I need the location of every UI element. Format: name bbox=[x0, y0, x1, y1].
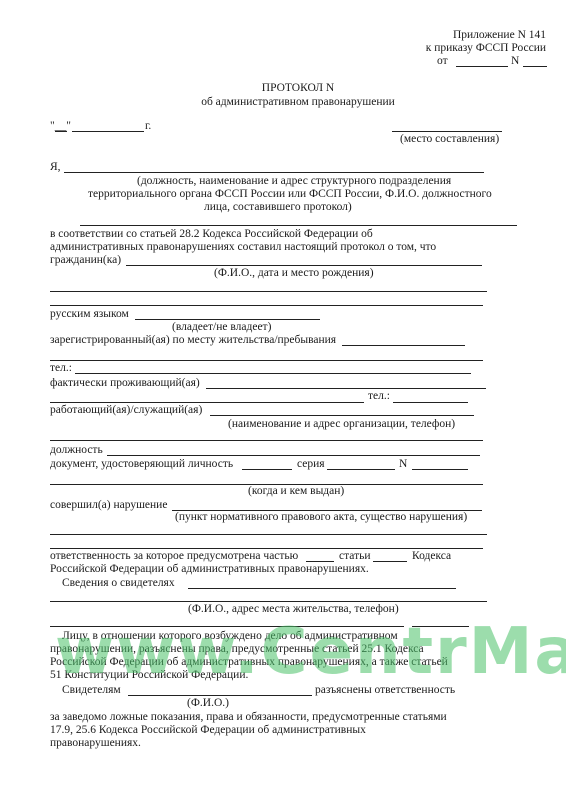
phone2-field[interactable] bbox=[393, 402, 468, 403]
liability-line-2: Российской Федерации об административных… bbox=[50, 563, 369, 576]
page-title: ПРОТОКОЛ N bbox=[0, 82, 566, 95]
officer-lead: Я, bbox=[50, 161, 61, 174]
work-field[interactable] bbox=[210, 415, 474, 416]
registered-field-2[interactable] bbox=[50, 360, 483, 361]
issued-caption: (когда и кем выдан) bbox=[248, 485, 344, 498]
violation-label: совершил(а) нарушение bbox=[50, 499, 167, 512]
witnesses-field-4[interactable] bbox=[412, 626, 469, 627]
russian-caption: (владеет/не владеет) bbox=[172, 321, 271, 334]
witness-rights-tail: разъяснены ответственность bbox=[315, 684, 455, 697]
citizen-field-3[interactable] bbox=[50, 305, 483, 306]
year-suffix: г. bbox=[145, 120, 151, 133]
officer-caption-2: территориального органа ФССП России или … bbox=[88, 188, 492, 201]
russian-field[interactable] bbox=[135, 319, 320, 320]
registered-label: зарегистрированный(ая) по месту жительст… bbox=[50, 334, 336, 347]
witness-name-caption: (Ф.И.О.) bbox=[187, 697, 229, 710]
order-number-label: N bbox=[511, 55, 519, 68]
rights-line-4: 51 Конституции Российской Федерации. bbox=[50, 669, 248, 682]
witness-rights-label: Свидетелям bbox=[62, 684, 121, 697]
order-date-label: от bbox=[437, 55, 448, 68]
work-caption: (наименование и адрес организации, телеф… bbox=[228, 418, 455, 431]
liability-text-a: ответственность за которое предусмотрена… bbox=[50, 550, 298, 563]
phone-field[interactable] bbox=[75, 373, 471, 374]
work-field-2[interactable] bbox=[50, 440, 483, 441]
work-label: работающий(ая)/служащий(ая) bbox=[50, 404, 202, 417]
witnesses-field[interactable] bbox=[188, 588, 456, 589]
citizen-label: гражданин(ка) bbox=[50, 254, 121, 267]
witness-rights-line-4: правонарушениях. bbox=[50, 737, 141, 750]
witnesses-field-2[interactable] bbox=[50, 601, 487, 602]
appendix-number: Приложение N 141 bbox=[453, 29, 546, 42]
officer-field[interactable] bbox=[64, 172, 484, 173]
actual-residence-field[interactable] bbox=[206, 388, 486, 389]
actual-residence-label: фактически проживающий(ая) bbox=[50, 377, 200, 390]
document-field[interactable] bbox=[242, 469, 292, 470]
citizen-field[interactable] bbox=[126, 265, 482, 266]
russian-label: русским языком bbox=[50, 308, 129, 321]
phone2-label: тел.: bbox=[368, 390, 390, 403]
place-caption: (место составления) bbox=[400, 133, 499, 146]
statement-line-1: в соответствии со статьей 28.2 Кодекса Р… bbox=[50, 228, 373, 241]
officer-field-2[interactable] bbox=[80, 225, 517, 226]
liability-part-field[interactable] bbox=[306, 561, 334, 562]
rights-line-1: Лицу, в отношении которого возбуждено де… bbox=[62, 630, 398, 643]
page-subtitle: об административном правонарушении bbox=[0, 96, 566, 109]
phone-label: тел.: bbox=[50, 362, 72, 375]
position-label: должность bbox=[50, 444, 103, 457]
date-day-field[interactable] bbox=[55, 131, 67, 132]
appendix-order: к приказу ФССП России bbox=[426, 42, 546, 55]
registered-field[interactable] bbox=[342, 345, 465, 346]
citizen-caption: (Ф.И.О., дата и место рождения) bbox=[214, 267, 374, 280]
officer-caption-1: (должность, наименование и адрес структу… bbox=[137, 175, 451, 188]
violation-field-3[interactable] bbox=[50, 548, 483, 549]
violation-field-2[interactable] bbox=[50, 534, 487, 535]
statement-line-2: административных правонарушениях состави… bbox=[50, 241, 436, 254]
place-field[interactable] bbox=[392, 131, 502, 132]
witness-name-field[interactable] bbox=[128, 695, 312, 696]
series-field[interactable] bbox=[327, 469, 395, 470]
liability-text-b: статьи bbox=[339, 550, 371, 563]
liability-text-c: Кодекса bbox=[412, 550, 451, 563]
citizen-field-2[interactable] bbox=[50, 291, 487, 292]
actual-residence-field-2[interactable] bbox=[50, 402, 364, 403]
series-label: серия bbox=[297, 458, 325, 471]
doc-number-label: N bbox=[399, 458, 407, 471]
order-number-field[interactable] bbox=[523, 66, 547, 67]
rights-line-2: правонарушении, разъяснены права, предус… bbox=[50, 643, 424, 656]
witnesses-field-3[interactable] bbox=[50, 626, 404, 627]
witnesses-label: Сведения о свидетелях bbox=[62, 577, 175, 590]
rights-line-3: Российской Федерации об административных… bbox=[50, 656, 448, 669]
position-field[interactable] bbox=[107, 455, 480, 456]
witness-rights-line-2: за заведомо ложные показания, права и об… bbox=[50, 711, 447, 724]
liability-article-field[interactable] bbox=[373, 561, 407, 562]
document-label: документ, удостоверяющий личность bbox=[50, 458, 233, 471]
witness-rights-line-3: 17.9, 25.6 Кодекса Российской Федерации … bbox=[50, 724, 366, 737]
witnesses-caption: (Ф.И.О., адрес места жительства, телефон… bbox=[188, 603, 399, 616]
officer-caption-3: лица, составившего протокол) bbox=[204, 201, 352, 214]
doc-number-field[interactable] bbox=[412, 469, 468, 470]
date-month-field[interactable] bbox=[72, 131, 144, 132]
violation-caption: (пункт нормативного правового акта, суще… bbox=[175, 511, 467, 524]
order-date-field[interactable] bbox=[456, 66, 508, 67]
